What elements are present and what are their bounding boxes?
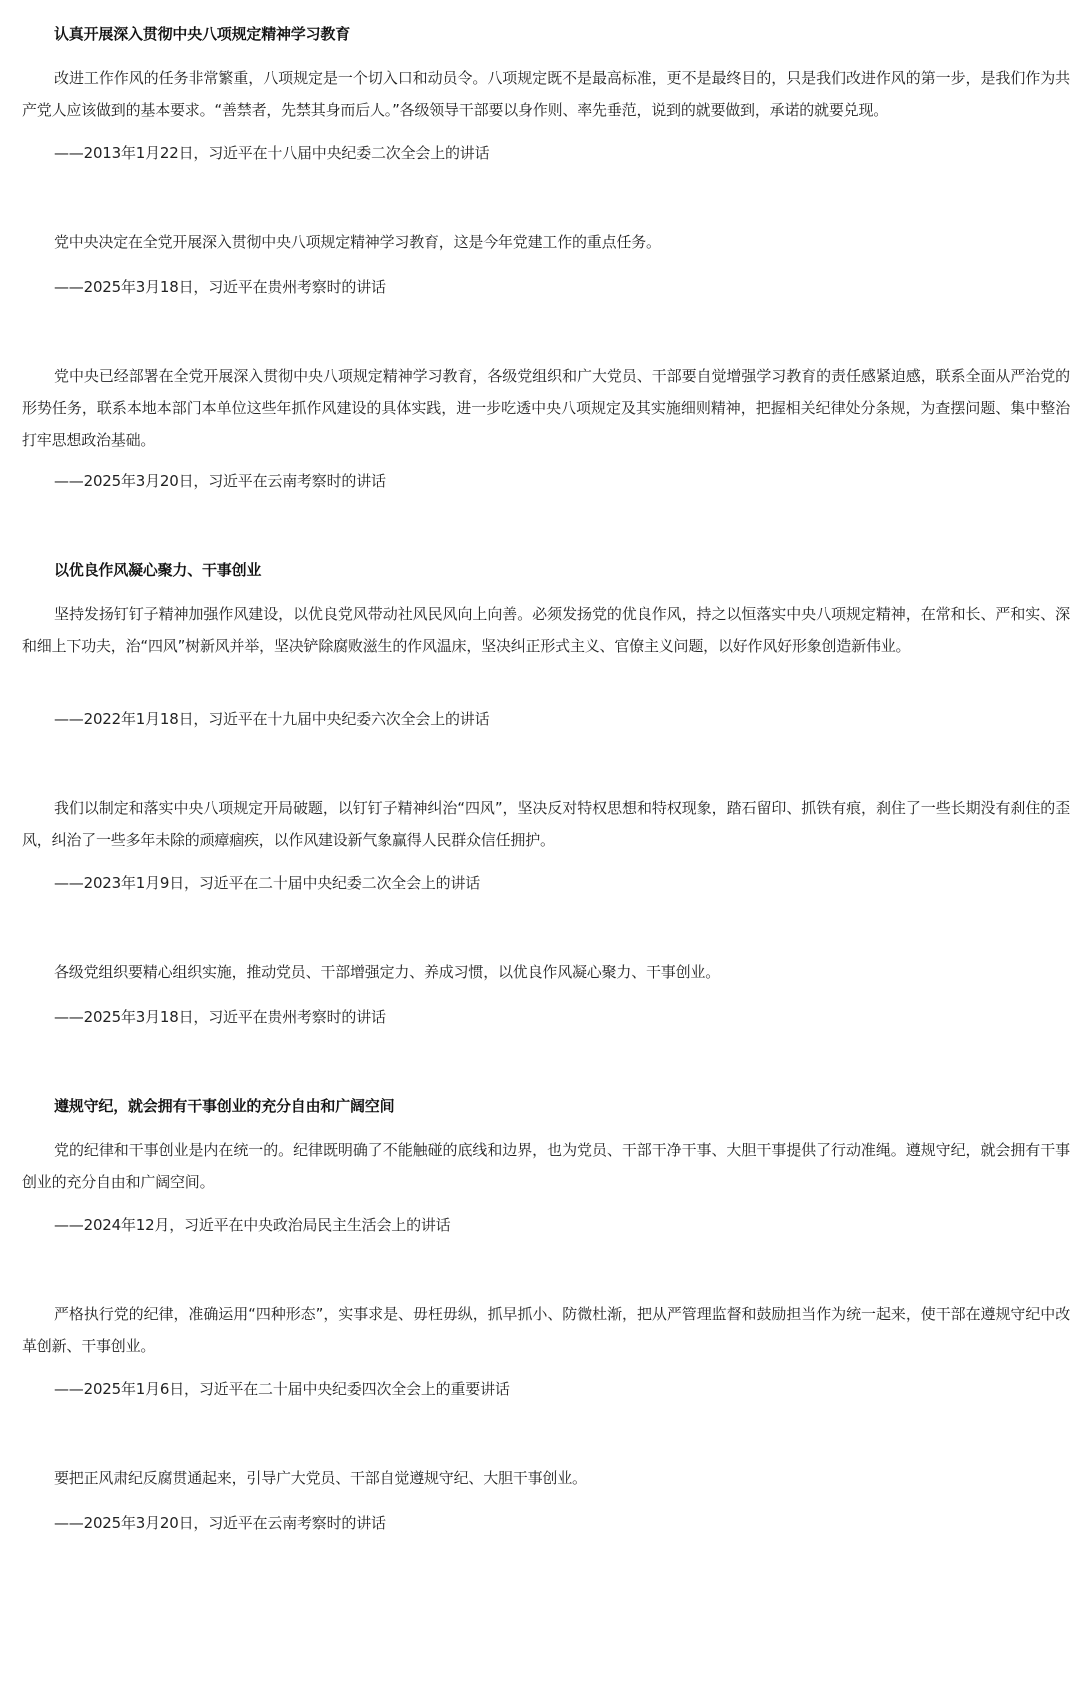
quote-source: ——2013年1月22日，习近平在十八届中央纪委二次全会上的讲话 <box>22 137 1070 169</box>
section-heading: 以优良作风凝心聚力、干事创业 <box>22 554 1070 586</box>
quote-text: 党中央决定在全党开展深入贯彻中央八项规定精神学习教育，这是今年党建工作的重点任务… <box>22 226 1070 258</box>
quote-text: 党的纪律和干事创业是内在统一的。纪律既明确了不能触碰的底线和边界，也为党员、干部… <box>22 1134 1070 1198</box>
section-heading: 认真开展深入贯彻中央八项规定精神学习教育 <box>22 18 1070 50</box>
quote-source: ——2025年3月18日，习近平在贵州考察时的讲话 <box>22 271 1070 303</box>
quote-source: ——2024年12月，习近平在中央政治局民主生活会上的讲话 <box>22 1209 1070 1241</box>
quote-source: ——2022年1月18日，习近平在十九届中央纪委六次全会上的讲话 <box>22 703 1070 735</box>
quote-source: ——2023年1月9日，习近平在二十届中央纪委二次全会上的讲话 <box>22 867 1070 899</box>
section-heading: 遵规守纪，就会拥有干事创业的充分自由和广阔空间 <box>22 1090 1070 1122</box>
quote-text: 各级党组织要精心组织实施，推动党员、干部增强定力、养成习惯，以优良作风凝心聚力、… <box>22 956 1070 988</box>
quote-source: ——2025年3月20日，习近平在云南考察时的讲话 <box>22 465 1070 497</box>
quote-source: ——2025年3月20日，习近平在云南考察时的讲话 <box>22 1507 1070 1539</box>
quote-text: 党中央已经部署在全党开展深入贯彻中央八项规定精神学习教育，各级党组织和广大党员、… <box>22 360 1070 456</box>
quote-text: 我们以制定和落实中央八项规定开局破题，以钉钉子精神纠治“四风”，坚决反对特权思想… <box>22 792 1070 856</box>
quote-text: 严格执行党的纪律，准确运用“四种形态”，实事求是、毋枉毋纵，抓早抓小、防微杜渐，… <box>22 1298 1070 1362</box>
quote-text: 改进工作作风的任务非常繁重，八项规定是一个切入口和动员令。八项规定既不是最高标准… <box>22 62 1070 126</box>
quote-source: ——2025年1月6日，习近平在二十届中央纪委四次全会上的重要讲话 <box>22 1373 1070 1405</box>
article-body: 认真开展深入贯彻中央八项规定精神学习教育 改进工作作风的任务非常繁重，八项规定是… <box>0 0 1082 1683</box>
quote-text: 要把正风肃纪反腐贯通起来，引导广大党员、干部自觉遵规守纪、大胆干事创业。 <box>22 1462 1070 1494</box>
quote-source: ——2025年3月18日，习近平在贵州考察时的讲话 <box>22 1001 1070 1033</box>
quote-text: 坚持发扬钉钉子精神加强作风建设，以优良党风带动社风民风向上向善。必须发扬党的优良… <box>22 598 1070 662</box>
